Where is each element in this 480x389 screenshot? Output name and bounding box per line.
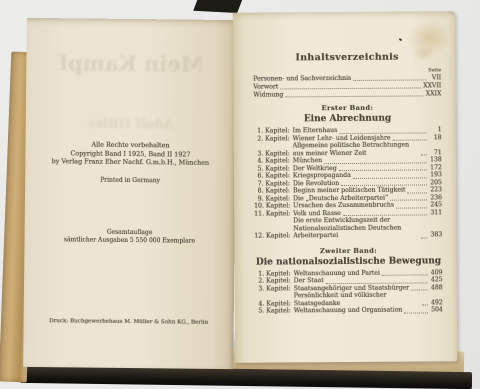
chapter-page: 425 — [430, 276, 443, 284]
book-cover-top-corner — [193, 0, 243, 13]
chapter-number: 3. Kapitel: — [255, 285, 294, 293]
chapter-number: 11. Kapitel: — [254, 210, 293, 218]
volume1-band-heading: Erster Band: — [253, 103, 441, 112]
dot-leader — [404, 312, 428, 313]
volume1-title: Eine Abrechnung — [253, 113, 441, 124]
front-matter-row: Widmung XXIX — [253, 90, 441, 99]
front-matter-list: Personen- und Sachverzeichnis VII Vorwor… — [253, 74, 441, 99]
chapter-number: 12. Kapitel: — [254, 232, 293, 240]
entry-label: Widmung — [253, 91, 283, 99]
chapter-page: 138 — [429, 156, 442, 164]
chapter-label: Weltanschauung und Organisation — [294, 307, 402, 315]
left-page: Mein Kampf Adolf Hitler Alle Rechte vorb… — [23, 18, 237, 369]
chapter-page: 504 — [430, 306, 443, 314]
chapter-row: 3. Kapitel:Allgemeine politische Betrach… — [254, 141, 442, 157]
volume2-title: Die nationalsozialistische Bewegung — [254, 256, 442, 267]
dirt-speck — [399, 38, 403, 41]
chapter-page: 245 — [429, 201, 442, 209]
chapter-page: 488 — [430, 284, 443, 292]
entry-label: Vorwort — [253, 83, 278, 91]
edition-block: Gesamtauflage sämtlicher Ausgaben 5 550 … — [24, 228, 234, 247]
dot-leader — [421, 154, 427, 155]
bleed-through-title: Mein Kampf — [26, 50, 236, 77]
printed-in-line: Printed in Germany — [25, 176, 235, 185]
dot-leader — [396, 207, 427, 208]
dot-leader — [353, 79, 426, 81]
chapter-label: Die erste Entwicklungszeit der Nationals… — [293, 216, 419, 239]
dot-leader — [285, 95, 423, 97]
chapter-page: 236 — [429, 194, 442, 202]
chapter-label: Persönlichkeit und völkischer Staatsgeda… — [294, 291, 420, 307]
entry-label: Personen- und Sachverzeichnis — [253, 74, 351, 82]
volume1-chapter-list: 1. Kapitel:Im Elternhaus1 2. Kapitel:Wie… — [254, 126, 443, 240]
entry-page: XXIX — [426, 90, 442, 98]
chapter-page: 71 — [429, 149, 442, 157]
chapter-label: Ursachen des Zusammenbruchs — [293, 202, 394, 210]
edition-line-2: sämtlicher Ausgaben 5 550 000 Exemplare — [24, 236, 234, 247]
dot-leader — [421, 237, 427, 238]
toc-title: Inhaltsverzeichnis — [253, 51, 441, 63]
dot-leader — [411, 289, 428, 290]
chapter-page: 193 — [429, 171, 442, 179]
chapter-page: 383 — [429, 231, 442, 239]
chapter-page: 311 — [429, 209, 442, 217]
chapter-page: 205 — [429, 179, 442, 187]
chapter-label: Weltanschauung und Partei — [294, 269, 380, 277]
chapter-number: 2. Kapitel: — [254, 135, 293, 143]
chapter-page: 409 — [430, 269, 443, 277]
publisher-line: by Verlag Franz Eher Nachf. G.m.b.H., Mü… — [25, 157, 235, 168]
bleed-through-author: Adolf Hitler — [26, 116, 236, 133]
printer-line: Druck: Buchgewerbehaus M. Müller & Sohn … — [24, 318, 234, 326]
chapter-row: 5. Kapitel:Weltanschauung und Organisati… — [255, 306, 443, 315]
volume2-chapter-list: 1. Kapitel:Weltanschauung und Partei409 … — [255, 269, 443, 315]
chapter-row: 4. Kapitel:Persönlichkeit und völkischer… — [255, 291, 443, 307]
chapter-number: 5. Kapitel: — [255, 307, 294, 315]
chapter-row: 12. Kapitel:Die erste Entwicklungszeit d… — [254, 216, 442, 240]
table-of-contents: Inhaltsverzeichnis Seite Personen- und S… — [253, 51, 443, 315]
chapter-page: 172 — [429, 164, 442, 172]
photo-of-open-book: Mein Kampf Adolf Hitler Alle Rechte vorb… — [0, 0, 480, 389]
imprint-block: Alle Rechte vorbehalten Copyright Band I… — [25, 140, 235, 168]
dot-leader — [422, 304, 428, 305]
volume2-band-heading: Zweiter Band: — [254, 246, 442, 255]
chapter-page: 1 — [429, 126, 442, 134]
dot-leader — [408, 192, 428, 193]
entry-page: XXVII — [423, 82, 441, 90]
chapter-label: Allgemeine politische Betrachtungen aus … — [293, 141, 419, 157]
entry-page: VII — [428, 74, 441, 82]
chapter-page: 223 — [429, 186, 442, 194]
chapter-page: 18 — [429, 134, 442, 142]
right-page: Inhaltsverzeichnis Seite Personen- und S… — [233, 11, 457, 363]
chapter-page: 492 — [430, 299, 443, 307]
